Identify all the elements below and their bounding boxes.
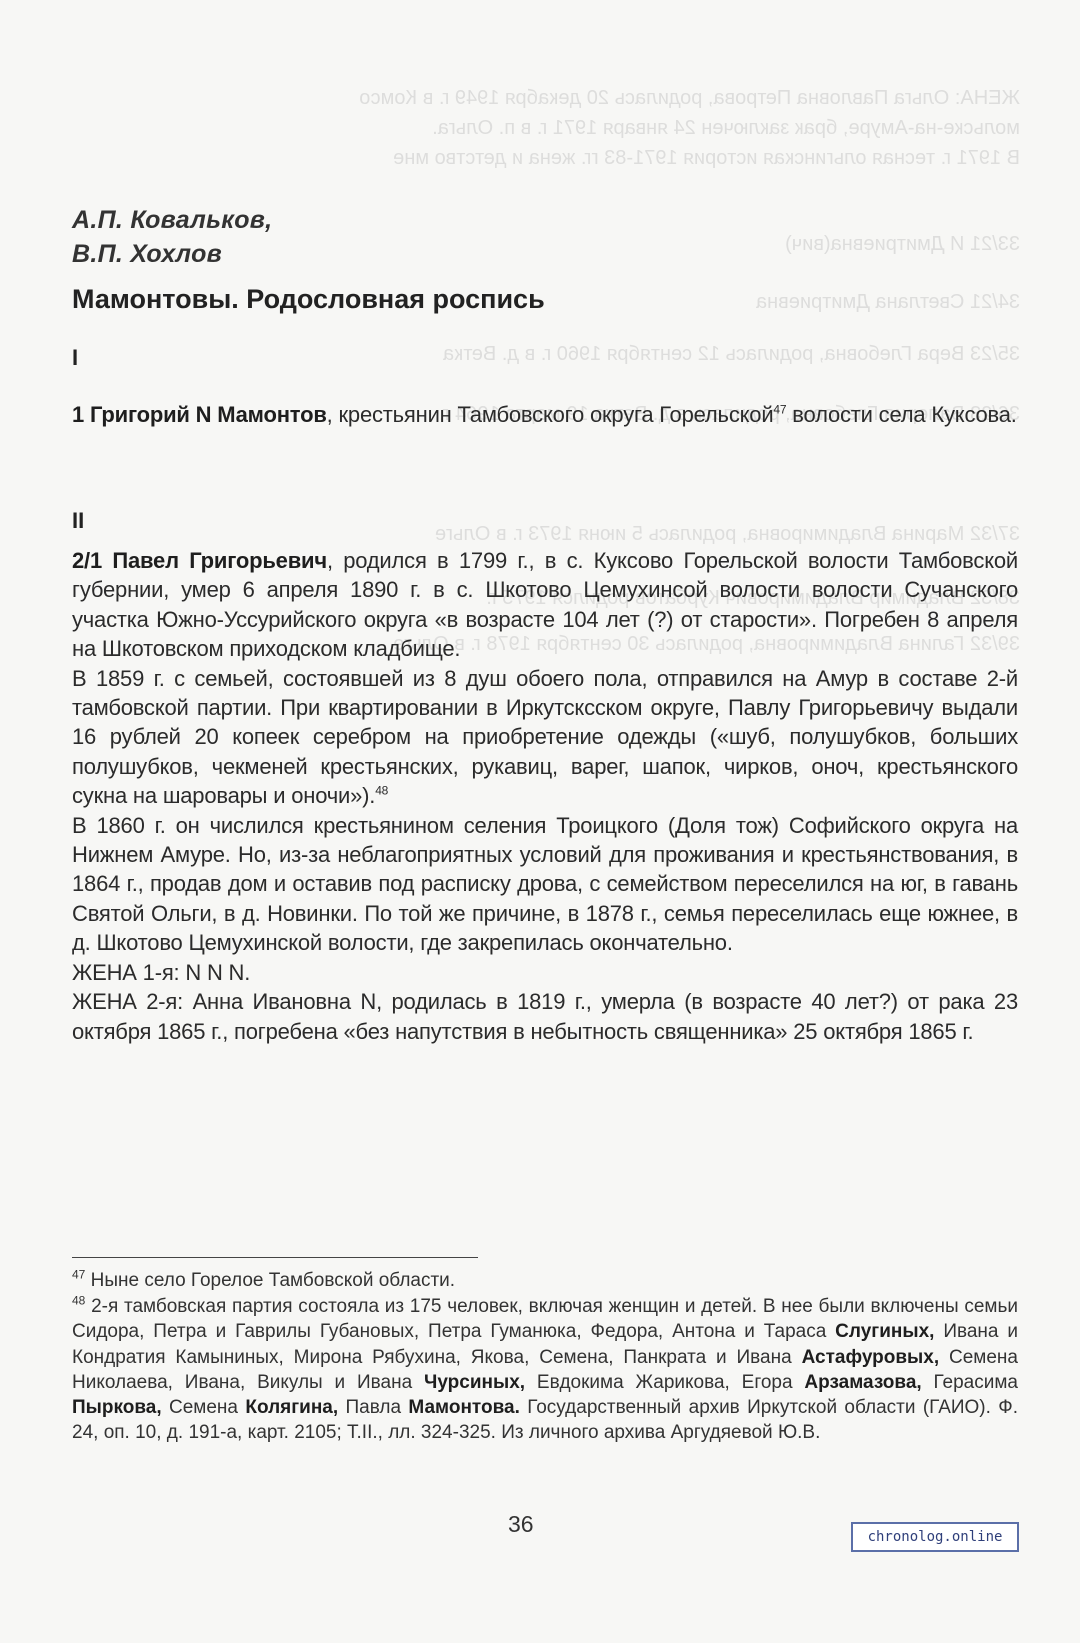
footnote-text: Евдокима Жарикова, Егора xyxy=(525,1372,804,1393)
author-2: В.П. Хохлов xyxy=(72,240,222,269)
footnote-divider xyxy=(72,1257,478,1258)
footnote-text: Ныне село Горелое Тамбовской области. xyxy=(85,1270,455,1291)
family-name: Чурсиных, xyxy=(424,1372,525,1393)
footnote-47: 47 Ныне село Горелое Тамбовской области. xyxy=(72,1268,1018,1293)
entry-pavel: 2/1 Павел Григорьевич, родился в 1799 г.… xyxy=(72,546,1018,1046)
footnote-number: 48 xyxy=(72,1294,85,1308)
family-name: Мамонтова. xyxy=(408,1397,519,1418)
footnote-text: Семена xyxy=(162,1397,246,1418)
entry-text-cont: волости села Куксова. xyxy=(786,402,1016,427)
entry-name: 2/1 Павел Григорьевич xyxy=(72,548,327,573)
section-heading-ii: II xyxy=(72,508,84,534)
family-name: Астафуровых, xyxy=(802,1347,940,1368)
wife-1: ЖЕНА 1-я: N N N. xyxy=(72,960,250,985)
page-number: 36 xyxy=(508,1511,534,1538)
footnote-ref-48[interactable]: 48 xyxy=(375,784,388,798)
footnote-number: 47 xyxy=(72,1268,85,1282)
author-1: А.П. Ковальков, xyxy=(72,206,272,235)
watermark-badge[interactable]: chronolog.online xyxy=(851,1522,1019,1552)
paragraph-1859: В 1859 г. с семьей, состоявшей из 8 душ … xyxy=(72,666,1018,809)
family-name: Пыркова, xyxy=(72,1397,162,1418)
footnote-ref-47[interactable]: 47 xyxy=(773,403,786,417)
entry-name: 1 Григорий N Мамонтов xyxy=(72,402,327,427)
entry-text: , крестьянин Тамбовского округа Горельск… xyxy=(327,402,774,427)
article-title: Мамонтовы. Родословная роспись xyxy=(72,284,545,315)
footnote-text: Павла xyxy=(338,1397,408,1418)
footnote-48: 48 2-я тамбовская партия состояла из 175… xyxy=(72,1294,1018,1446)
paragraph-1860: В 1860 г. он числился крестьянином селен… xyxy=(72,813,1018,956)
section-heading-i: I xyxy=(72,345,78,371)
family-name: Колягина, xyxy=(245,1397,338,1418)
family-name: Арзамазова, xyxy=(804,1372,921,1393)
wife-2: ЖЕНА 2-я: Анна Ивановна N, родилась в 18… xyxy=(72,989,1018,1043)
family-name: Слугиных, xyxy=(835,1321,934,1342)
entry-grigoriy: 1 Григорий N Мамонтов, крестьянин Тамбов… xyxy=(72,400,1018,429)
footnote-text: Герасима xyxy=(922,1372,1018,1393)
